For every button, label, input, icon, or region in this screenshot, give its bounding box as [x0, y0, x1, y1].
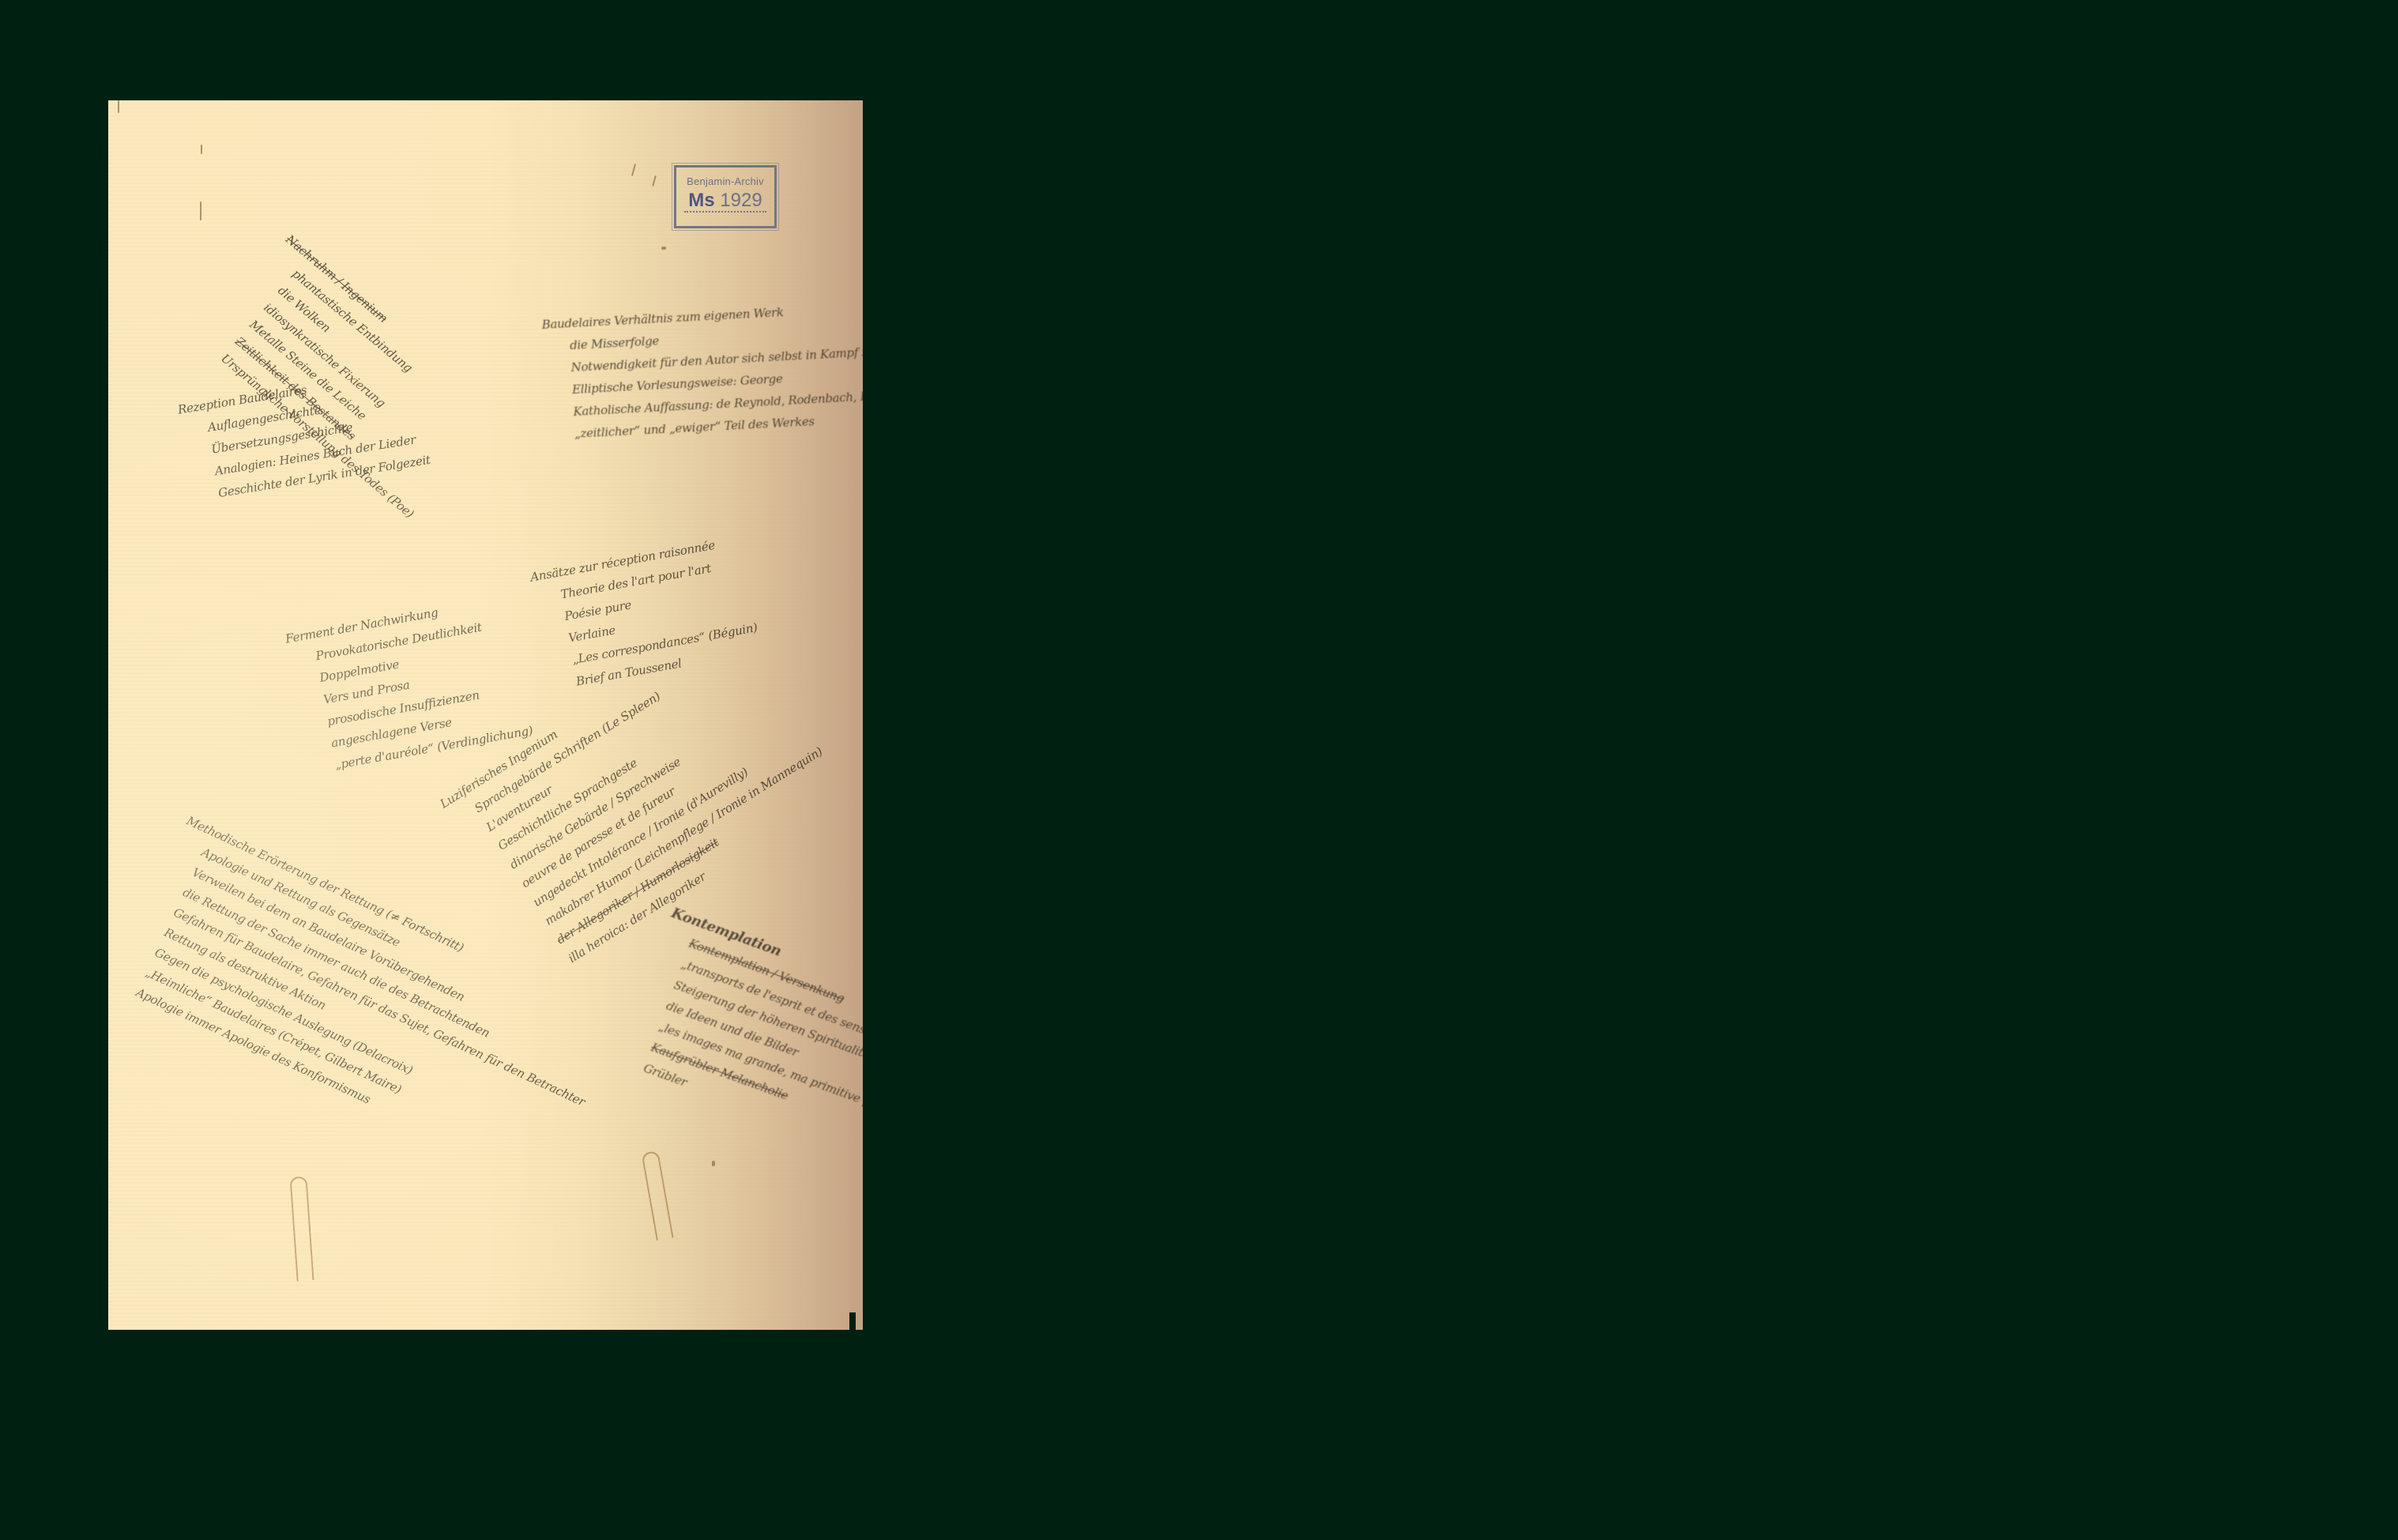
note-kontemplation: Kontemplation Kontemplation / Versenkung…	[615, 902, 863, 1169]
manuscript-page: Benjamin-Archiv Ms 1929 Nachruhm / Ingen…	[108, 100, 863, 1330]
note-verhaeltnis: Baudelaires Verhältnis zum eigenen Werk …	[541, 294, 863, 446]
archive-stamp: Benjamin-Archiv Ms 1929	[674, 165, 777, 228]
paperclip-mark	[641, 1150, 673, 1241]
stamp-prefix: Ms	[688, 190, 714, 211]
ink-mark	[200, 201, 201, 220]
ink-mark	[652, 175, 657, 186]
paperclip-mark	[289, 1176, 314, 1281]
ink-mark	[201, 145, 202, 154]
document-viewer: Benjamin-Archiv Ms 1929 Nachruhm / Ingen…	[0, 0, 2398, 1540]
stamp-archive-name: Benjamin-Archiv	[676, 175, 774, 187]
ink-dot	[712, 1161, 715, 1166]
ink-mark	[631, 164, 636, 176]
ink-mark	[661, 247, 666, 250]
stamp-number: 1929	[720, 190, 762, 211]
stamp-shelfmark: Ms 1929	[684, 190, 766, 213]
ink-mark	[118, 100, 119, 113]
note-ferment: Ferment der Nachwirkung Provokatorische …	[284, 589, 535, 781]
page-corner-notch	[849, 1312, 856, 1330]
